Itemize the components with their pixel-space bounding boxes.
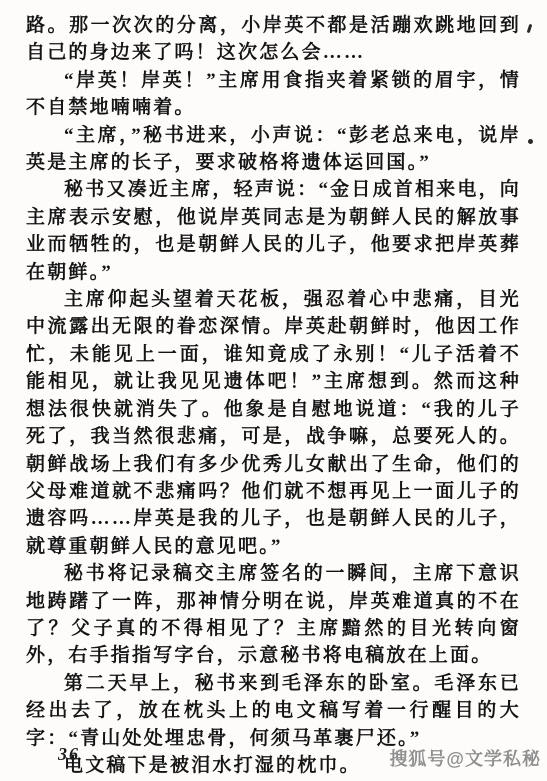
paragraph: “岸英！岸英！”主席用食指夹着紧锁的眉宇，情不自禁地喃喃着。 xyxy=(26,67,521,122)
paragraph: 秘书将记录稿交主席签名的一瞬间，主席下意识地踌躇了一阵，那神情分明在说，岸英难道… xyxy=(26,560,521,670)
page-text: 路。那一次次的分离，小岸英不都是活蹦欢跳地回到自己的身边来了吗！这次怎么会……“… xyxy=(26,12,521,779)
paragraph: 路。那一次次的分离，小岸英不都是活蹦欢跳地回到自己的身边来了吗！这次怎么会…… xyxy=(26,12,521,67)
page-number: 36 xyxy=(58,744,80,765)
paragraph: “主席，”秘书进来，小声说：“彭老总来电，说岸英是主席的长子，要求破格将遗体运回… xyxy=(26,122,521,177)
book-page: 路。那一次次的分离，小岸英不都是活蹦欢跳地回到自己的身边来了吗！这次怎么会……“… xyxy=(0,0,547,781)
paragraph: 主席仰起头望着天花板，强忍着心中悲痛，目光中流露出无限的眷恋深情。岸英赴朝鲜时，… xyxy=(26,286,521,560)
page-footer: 36 搜狐号@文学私秘 xyxy=(0,735,547,781)
paragraph: 秘书又凑近主席，轻声说：“金日成首相来电，向主席表示安慰，他说岸英同志是为朝鲜人… xyxy=(26,176,521,286)
scan-speckle xyxy=(527,24,533,33)
watermark: 搜狐号@文学私秘 xyxy=(389,745,541,771)
scan-speckle xyxy=(528,139,533,144)
